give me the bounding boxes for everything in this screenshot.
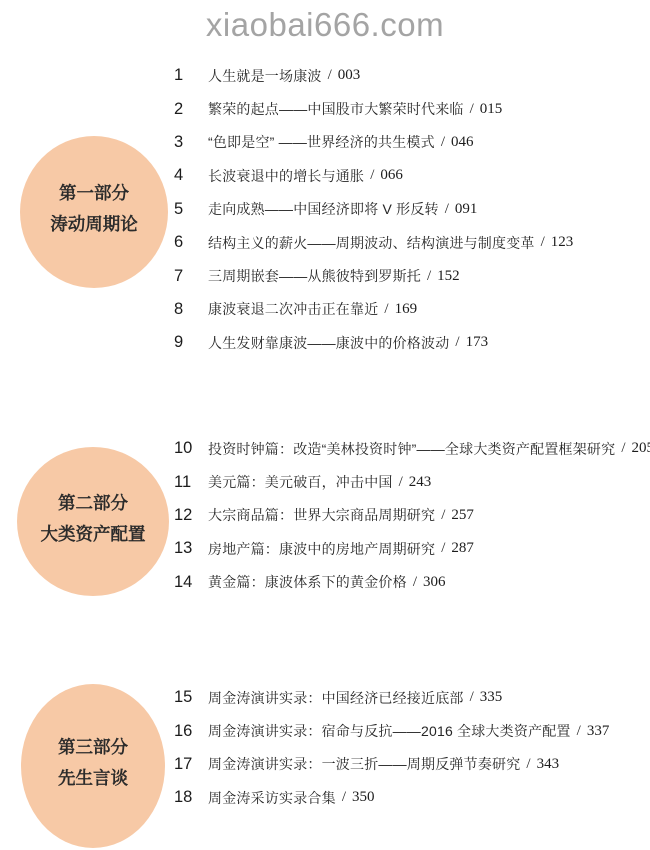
page-separator: / bbox=[421, 268, 437, 285]
chapter-title: 人生就是一场康波 bbox=[208, 66, 322, 86]
toc-item: 10投资时钟篇：改造“美林投资时钟”——全球大类资产配置框架研究 / 205 bbox=[174, 432, 650, 465]
chapter-number: 17 bbox=[174, 755, 208, 774]
toc-item: 12大宗商品篇：世界大宗商品周期研究 / 257 bbox=[174, 499, 650, 532]
toc-item: 8康波衰退二次冲击正在靠近 / 169 bbox=[174, 293, 573, 326]
chapter-title: 周金涛演讲实录：中国经济已经接近底部 bbox=[208, 688, 464, 708]
page-number: 343 bbox=[537, 756, 560, 773]
chapter-title: 走向成熟——中国经济即将 V 形反转 bbox=[208, 199, 439, 219]
page-number: 123 bbox=[551, 234, 574, 251]
page-number: 066 bbox=[380, 167, 403, 184]
chapter-number: 16 bbox=[174, 722, 208, 741]
page-separator: / bbox=[393, 474, 409, 491]
chapter-title: “色即是空” ——世界经济的共生模式 bbox=[208, 132, 435, 152]
chapter-number: 7 bbox=[174, 267, 208, 286]
chapter-title: 美元篇：美元破百，冲击中国 bbox=[208, 472, 393, 492]
chapter-number: 18 bbox=[174, 788, 208, 807]
chapter-number: 9 bbox=[174, 333, 208, 352]
chapter-number: 11 bbox=[174, 473, 208, 492]
chapter-number: 12 bbox=[174, 506, 208, 525]
chapter-number: 5 bbox=[174, 200, 208, 219]
page-separator: / bbox=[364, 167, 380, 184]
toc-item: 3“色即是空” ——世界经济的共生模式 / 046 bbox=[174, 126, 573, 159]
toc-item: 16周金涛演讲实录：宿命与反抗——2016 全球大类资产配置 / 337 bbox=[174, 714, 609, 747]
toc-item: 17周金涛演讲实录：一波三折——周期反弹节奏研究 / 343 bbox=[174, 748, 609, 781]
chapter-title: 投资时钟篇：改造“美林投资时钟”——全球大类资产配置框架研究 bbox=[208, 439, 615, 459]
page-separator: / bbox=[435, 134, 451, 151]
part-1-title: 涛动周期论 bbox=[50, 209, 138, 240]
chapter-title: 大宗商品篇：世界大宗商品周期研究 bbox=[208, 505, 435, 525]
part-2-chapter-list: 10投资时钟篇：改造“美林投资时钟”——全球大类资产配置框架研究 / 20511… bbox=[174, 432, 650, 599]
page-separator: / bbox=[378, 301, 394, 318]
page-number: 205 bbox=[632, 440, 650, 457]
chapter-number: 8 bbox=[174, 300, 208, 319]
part-3-label: 第三部分 bbox=[58, 732, 128, 763]
page-separator: / bbox=[407, 574, 423, 591]
part-1-label: 第一部分 bbox=[59, 178, 129, 209]
chapter-title: 三周期嵌套——从熊彼特到罗斯托 bbox=[208, 266, 421, 286]
part-3-badge: 第三部分 先生言谈 bbox=[21, 684, 165, 848]
page-separator: / bbox=[464, 689, 480, 706]
page-separator: / bbox=[322, 67, 338, 84]
page-number: 046 bbox=[451, 134, 474, 151]
page-separator: / bbox=[435, 540, 451, 557]
page-number: 243 bbox=[409, 474, 432, 491]
page-number: 173 bbox=[466, 334, 489, 351]
toc-item: 15周金涛演讲实录：中国经济已经接近底部 / 335 bbox=[174, 681, 609, 714]
part-3-chapter-list: 15周金涛演讲实录：中国经济已经接近底部 / 33516周金涛演讲实录：宿命与反… bbox=[174, 681, 609, 815]
chapter-number: 1 bbox=[174, 66, 208, 85]
chapter-title: 结构主义的薪火——周期波动、结构演进与制度变革 bbox=[208, 233, 535, 253]
toc-item: 9人生发财靠康波——康波中的价格波动 / 173 bbox=[174, 326, 573, 359]
part-1-badge: 第一部分 涛动周期论 bbox=[20, 136, 168, 288]
chapter-title: 长波衰退中的增长与通胀 bbox=[208, 166, 364, 186]
page-number: 015 bbox=[480, 101, 503, 118]
chapter-number: 2 bbox=[174, 100, 208, 119]
part-2-label: 第二部分 bbox=[58, 488, 128, 519]
page-separator: / bbox=[571, 723, 587, 740]
chapter-title: 繁荣的起点——中国股市大繁荣时代来临 bbox=[208, 99, 464, 119]
chapter-number: 13 bbox=[174, 539, 208, 558]
page-separator: / bbox=[535, 234, 551, 251]
toc-page: xiaobai666.com 第一部分 涛动周期论 第二部分 大类资产配置 第三… bbox=[0, 0, 650, 850]
chapter-number: 15 bbox=[174, 688, 208, 707]
part-1-chapter-list: 1人生就是一场康波 / 0032繁荣的起点——中国股市大繁荣时代来临 / 015… bbox=[174, 59, 573, 360]
page-number: 337 bbox=[587, 723, 610, 740]
page-separator: / bbox=[449, 334, 465, 351]
part-2-title: 大类资产配置 bbox=[41, 519, 146, 550]
page-separator: / bbox=[435, 507, 451, 524]
page-number: 091 bbox=[455, 201, 478, 218]
part-3-title: 先生言谈 bbox=[58, 763, 128, 794]
page-separator: / bbox=[464, 101, 480, 118]
part-2-badge: 第二部分 大类资产配置 bbox=[17, 447, 169, 596]
chapter-title: 房地产篇：康波中的房地产周期研究 bbox=[208, 539, 435, 559]
chapter-number: 14 bbox=[174, 573, 208, 592]
toc-item: 1人生就是一场康波 / 003 bbox=[174, 59, 573, 92]
toc-item: 6结构主义的薪火——周期波动、结构演进与制度变革 / 123 bbox=[174, 226, 573, 259]
chapter-number: 10 bbox=[174, 439, 208, 458]
toc-item: 2繁荣的起点——中国股市大繁荣时代来临 / 015 bbox=[174, 92, 573, 125]
chapter-title: 周金涛演讲实录：宿命与反抗——2016 全球大类资产配置 bbox=[208, 721, 571, 741]
watermark-text: xiaobai666.com bbox=[0, 6, 650, 44]
page-number: 003 bbox=[338, 67, 361, 84]
page-separator: / bbox=[336, 789, 352, 806]
chapter-title: 康波衰退二次冲击正在靠近 bbox=[208, 299, 378, 319]
chapter-number: 3 bbox=[174, 133, 208, 152]
chapter-number: 4 bbox=[174, 166, 208, 185]
page-number: 257 bbox=[451, 507, 474, 524]
toc-item: 7三周期嵌套——从熊彼特到罗斯托 / 152 bbox=[174, 259, 573, 292]
page-number: 287 bbox=[451, 540, 474, 557]
page-number: 335 bbox=[480, 689, 503, 706]
toc-item: 11美元篇：美元破百，冲击中国 / 243 bbox=[174, 465, 650, 498]
chapter-number: 6 bbox=[174, 233, 208, 252]
toc-item: 13房地产篇：康波中的房地产周期研究 / 287 bbox=[174, 532, 650, 565]
page-number: 306 bbox=[423, 574, 446, 591]
page-separator: / bbox=[439, 201, 455, 218]
page-number: 169 bbox=[395, 301, 418, 318]
chapter-title: 黄金篇：康波体系下的黄金价格 bbox=[208, 572, 407, 592]
toc-item: 4长波衰退中的增长与通胀 / 066 bbox=[174, 159, 573, 192]
toc-item: 14黄金篇：康波体系下的黄金价格 / 306 bbox=[174, 566, 650, 599]
toc-item: 5走向成熟——中国经济即将 V 形反转 / 091 bbox=[174, 193, 573, 226]
page-separator: / bbox=[520, 756, 536, 773]
page-separator: / bbox=[615, 440, 631, 457]
page-number: 152 bbox=[437, 268, 460, 285]
page-number: 350 bbox=[352, 789, 375, 806]
toc-item: 18周金涛采访实录合集 / 350 bbox=[174, 781, 609, 814]
chapter-title: 周金涛演讲实录：一波三折——周期反弹节奏研究 bbox=[208, 754, 520, 774]
chapter-title: 人生发财靠康波——康波中的价格波动 bbox=[208, 333, 449, 353]
chapter-title: 周金涛采访实录合集 bbox=[208, 788, 336, 808]
